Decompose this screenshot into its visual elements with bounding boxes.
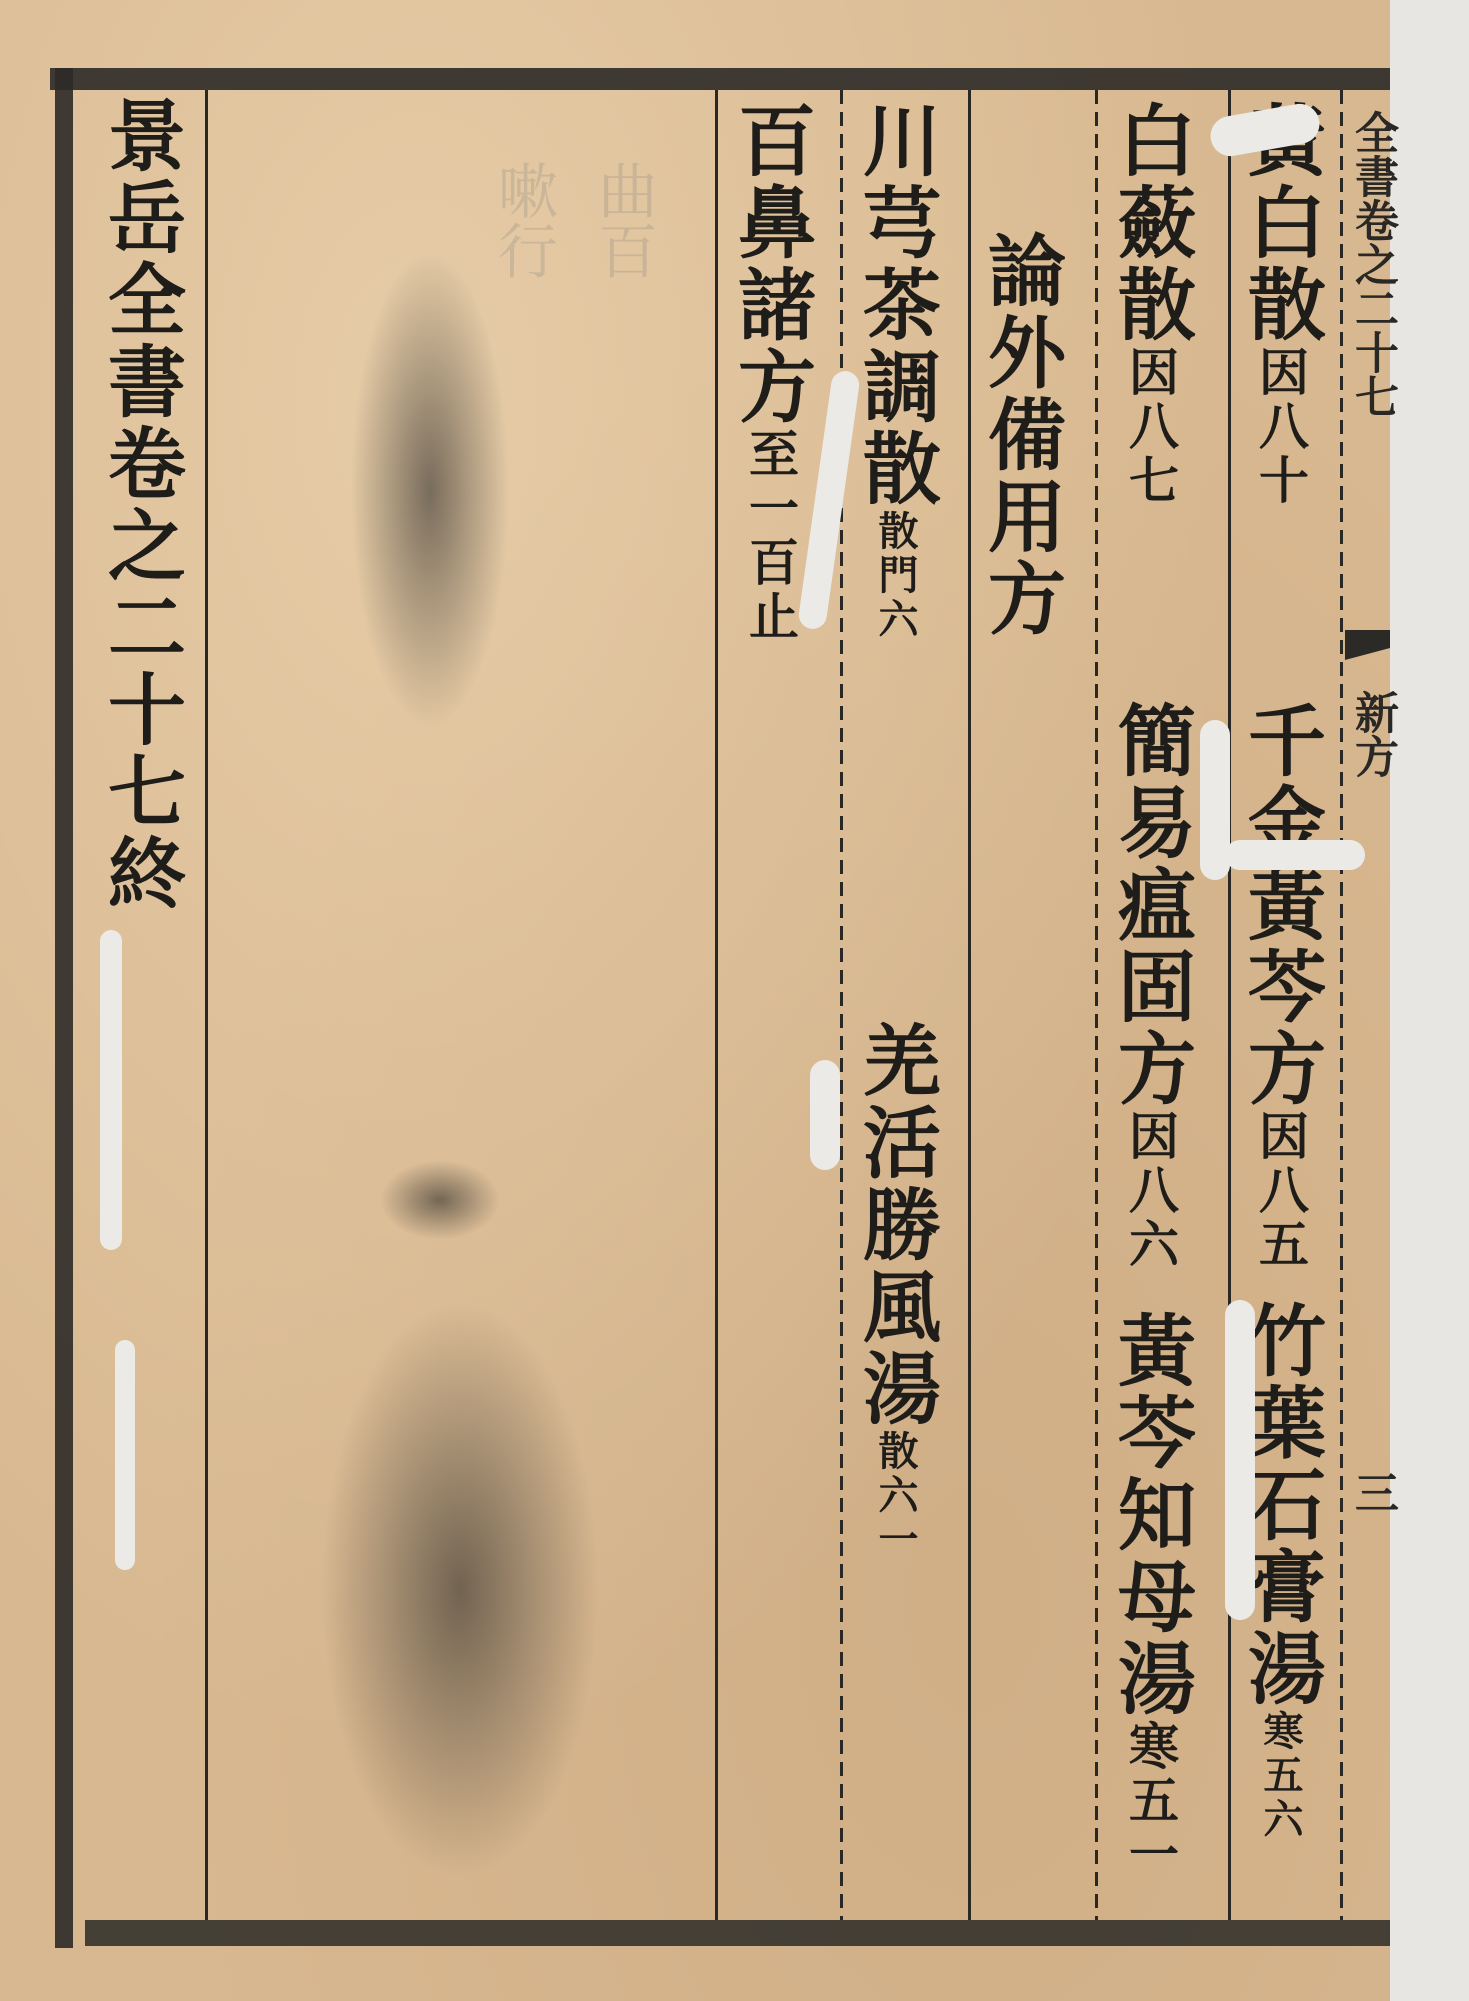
colophon: 景岳全書卷之二十七終 xyxy=(95,95,185,915)
ink-smudge xyxy=(380,1160,500,1240)
border-left xyxy=(55,68,73,1948)
entry-note: 因八五 xyxy=(1251,1110,1310,1272)
column-rule xyxy=(968,90,971,1920)
entry-title: 川芎茶調散 xyxy=(850,100,941,510)
entry-note: 至一百止 xyxy=(741,428,800,644)
entry-note: 因八十 xyxy=(1251,346,1310,508)
column-rule xyxy=(205,90,208,1920)
entry-huangbai-san: 黃白散因八十 xyxy=(1235,100,1325,508)
ink-smudge xyxy=(320,1300,600,1880)
entry-bailian-san: 白蘞散因八七 xyxy=(1105,100,1195,508)
section-heading: 論外備用方 xyxy=(975,230,1065,640)
column-rule xyxy=(1095,90,1098,1920)
bleed-through-text: 曲百 xyxy=(580,160,666,280)
entry-note: 因八六 xyxy=(1121,1110,1180,1272)
entry-note: 因八七 xyxy=(1121,346,1180,508)
entry-title: 百鼻諸方 xyxy=(725,100,816,428)
column-rule xyxy=(715,90,718,1920)
entry-note: 散門六 xyxy=(872,510,919,642)
wormhole xyxy=(100,930,122,1250)
entry-baibi: 百鼻諸方至一百止 xyxy=(725,100,815,644)
wormhole xyxy=(115,1340,135,1570)
entry-qianghuo: 羌活勝風湯散六一 xyxy=(850,1020,940,1562)
border-top xyxy=(50,68,1390,90)
column-rule xyxy=(840,90,843,1920)
entry-title: 白蘞散 xyxy=(1105,100,1196,346)
entry-chuanxiong: 川芎茶調散散門六 xyxy=(850,100,940,642)
entry-huangqin-zhimu: 黃芩知母湯寒五一 xyxy=(1105,1310,1195,1882)
entry-title: 簡易瘟固方 xyxy=(1105,700,1196,1110)
entry-note: 散六一 xyxy=(872,1430,919,1562)
entry-jianyi: 簡易瘟固方因八六 xyxy=(1105,700,1195,1272)
section-title: 論外備用方 xyxy=(975,230,1066,640)
entry-title: 千金黃芩方 xyxy=(1235,700,1326,1110)
entry-title: 黃芩知母湯 xyxy=(1105,1310,1196,1720)
margin-title: 全書卷之二十七 xyxy=(1340,110,1404,418)
margin-page-number: 三 xyxy=(1340,1470,1404,1514)
wormhole xyxy=(1225,1300,1255,1620)
column-rule xyxy=(1228,90,1231,1920)
ink-smudge xyxy=(350,250,510,730)
entry-qianjin: 千金黃芩方因八五 xyxy=(1235,700,1325,1272)
colophon-text: 景岳全書卷之二十七終 xyxy=(95,95,186,915)
wormhole xyxy=(1225,840,1365,870)
margin-section: 新方 xyxy=(1340,690,1404,778)
wormhole xyxy=(810,1060,840,1170)
entry-note: 寒五六 xyxy=(1257,1710,1304,1842)
bleed-through-text: 嗽行 xyxy=(480,160,566,280)
border-bottom xyxy=(85,1920,1390,1946)
entry-title: 羌活勝風湯 xyxy=(850,1020,941,1430)
entry-note: 寒五一 xyxy=(1121,1720,1180,1882)
